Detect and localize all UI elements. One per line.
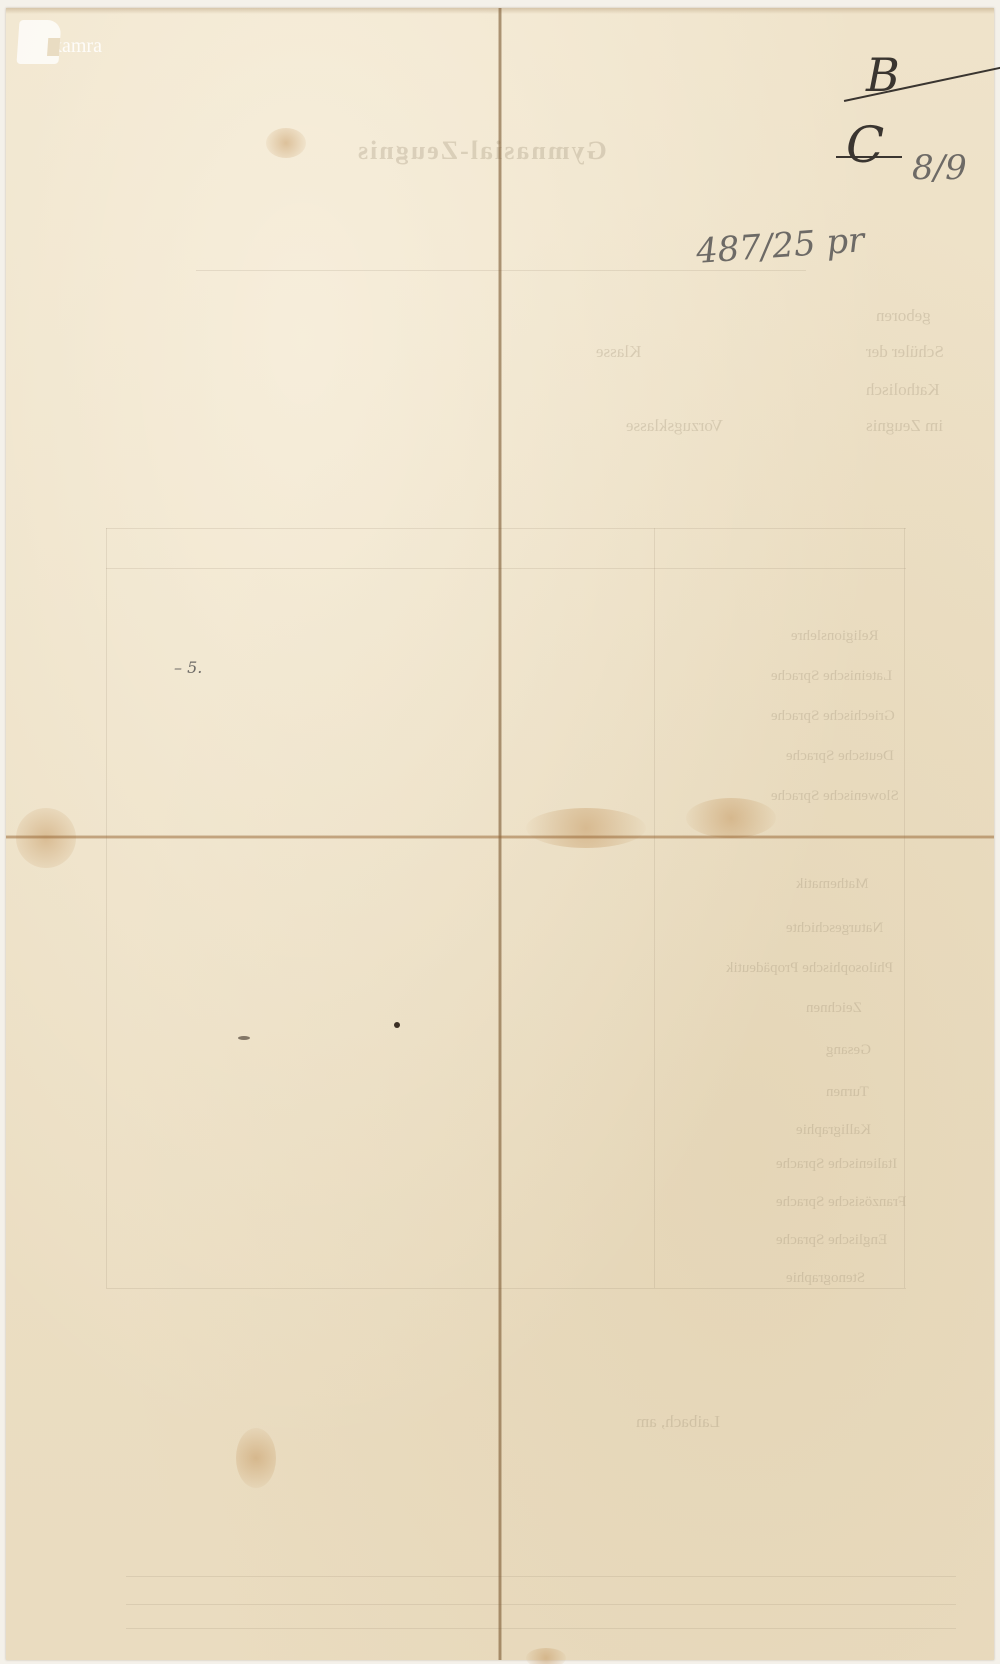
ghost-table-rule — [904, 528, 905, 1288]
bleed-through-subject: Deutsche Sprache — [786, 748, 894, 765]
bleed-through-line: Klasse — [596, 342, 641, 362]
ghost-table-rule — [126, 1628, 956, 1629]
stain — [526, 808, 646, 848]
bleed-through-subject: Französische Sprache — [776, 1194, 906, 1211]
bleed-through-subject: Philosophische Propädeutik — [726, 960, 893, 977]
bleed-through-subject: Religionslehre — [791, 628, 878, 645]
ghost-table-rule — [106, 528, 107, 1288]
ink-speck — [238, 1036, 250, 1040]
kamra-logo-icon — [16, 20, 61, 64]
bleed-through-subject: Turnen — [826, 1084, 869, 1101]
bleed-through-subject: Gesang — [826, 1042, 871, 1059]
bleed-through-footer: Laibach, am — [636, 1412, 720, 1432]
ink-speck — [394, 1022, 400, 1028]
kamra-watermark: kamra — [18, 20, 102, 64]
handwritten-letter: C — [846, 116, 884, 174]
stain — [236, 1428, 276, 1488]
bleed-through-line: geboren — [876, 306, 931, 326]
bleed-through-title: Gymnasial-Zeugnis — [356, 136, 607, 166]
ghost-table-rule — [654, 528, 655, 1288]
bleed-through-subject: Stenographie — [786, 1270, 865, 1287]
bleed-through-subject: Naturgeschichte — [786, 920, 883, 937]
scanned-document: Gymnasial-Zeugnis geboren Schüler der Kl… — [6, 8, 994, 1660]
pencil-note: 487/25 pr — [695, 220, 866, 272]
pencil-mark: – 5. — [174, 658, 202, 677]
horizontal-fold-line — [6, 835, 994, 839]
stain — [526, 1648, 566, 1664]
stain — [266, 128, 306, 158]
ghost-table-rule — [106, 528, 906, 529]
bleed-through-subject: Italienische Sprache — [776, 1156, 897, 1173]
ghost-table-rule — [106, 1288, 906, 1289]
handwritten-fraction: 8/9 — [912, 148, 967, 188]
bleed-through-subject: Mathematik — [796, 876, 868, 893]
bleed-through-line: Schüler der — [866, 342, 944, 362]
underline-stroke — [836, 156, 902, 158]
bleed-through-line: im Zeugnis — [866, 416, 943, 436]
bleed-through-subject: Slowenische Sprache — [771, 788, 899, 805]
stain — [686, 798, 776, 838]
ghost-table-rule — [126, 1576, 956, 1577]
vertical-fold-line — [498, 8, 502, 1660]
bleed-through-subject: Englische Sprache — [776, 1232, 887, 1249]
bleed-through-subject: Lateinische Sprache — [771, 668, 892, 685]
bleed-through-subject: Griechische Sprache — [771, 708, 895, 725]
bleed-through-line: Katholisch — [866, 380, 940, 400]
ghost-table-rule — [126, 1604, 956, 1605]
bleed-through-subject: Kalligraphie — [796, 1122, 871, 1139]
bleed-through-subject: Zeichnen — [806, 1000, 862, 1017]
bleed-through-line: Vorzugsklasse — [626, 416, 723, 436]
ghost-table-rule — [106, 568, 906, 569]
